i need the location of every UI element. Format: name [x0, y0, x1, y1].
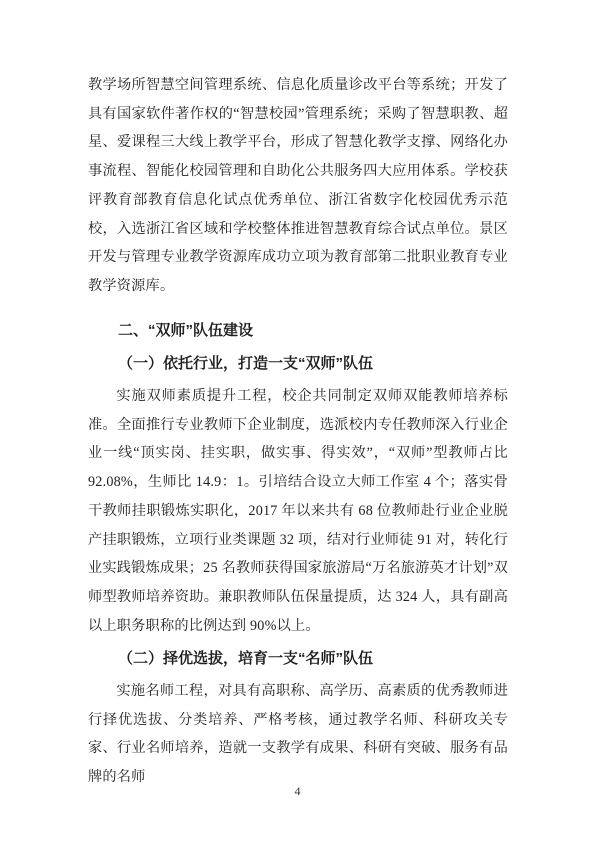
subsection-2-paragraph: 实施名师工程，对具有高职称、高学历、高素质的优秀教师进行择优选拔、分类培养、严格…	[88, 677, 508, 792]
subsection-heading-1: （一）依托行业，打造一支“双师”队伍	[88, 350, 508, 379]
page-content: 教学场所智慧空间管理系统、信息化质量诊改平台等系统；开发了具有国家软件著作权的“…	[88, 71, 508, 792]
page-number: 4	[0, 784, 595, 799]
section-heading-shuangshi: 二、“双师”队伍建设	[88, 317, 508, 346]
subsection-1-paragraph: 实施双师素质提升工程，校企共同制定双师双能教师培养标准。全面推行专业教师下企业制…	[88, 382, 508, 640]
paragraph-continuation: 教学场所智慧空间管理系统、信息化质量诊改平台等系统；开发了具有国家软件著作权的“…	[88, 71, 508, 301]
subsection-heading-2: （二）择优选拔，培育一支“名师”队伍	[88, 645, 508, 674]
document-page: 教学场所智慧空间管理系统、信息化质量诊改平台等系统；开发了具有国家软件著作权的“…	[0, 0, 595, 842]
